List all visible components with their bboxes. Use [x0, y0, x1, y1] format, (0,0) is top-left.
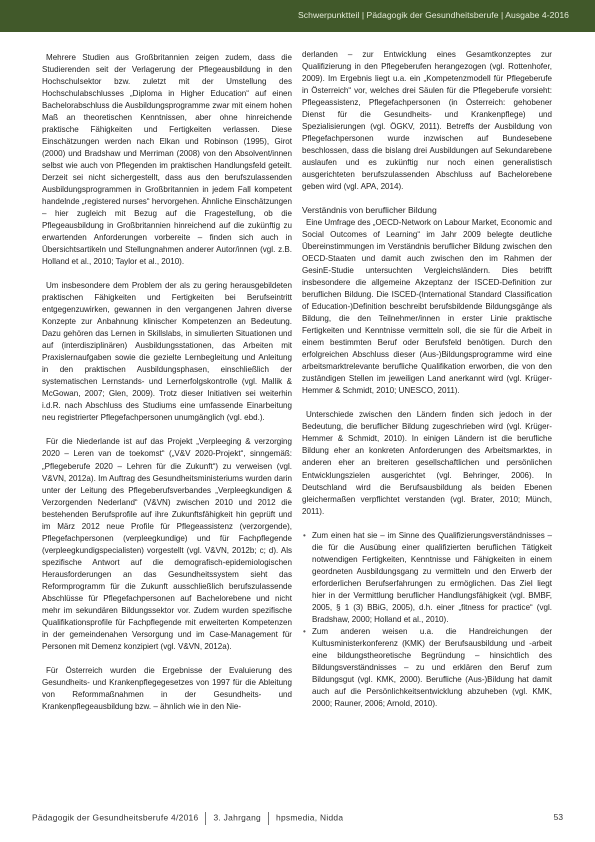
footer: Pädagogik der Gesundheitsberufe 4/20163.… [32, 812, 562, 825]
divider [268, 812, 269, 825]
paragraph: Eine Umfrage des „OECD-Network on Labour… [302, 217, 552, 397]
paragraph: Um insbesondere dem Problem der als zu g… [42, 280, 292, 424]
paragraph-continuation: derlanden – zur Entwicklung eines Gesamt… [302, 49, 552, 193]
footer-volume: 3. Jahrgang [213, 813, 261, 823]
bullet-item: Zum einen hat sie – im Sinne des Qualifi… [302, 530, 552, 626]
bullet-item: Zum anderen weisen u.a. die Handreichung… [302, 626, 552, 710]
running-title: Schwerpunktteil | Pädagogik der Gesundhe… [298, 10, 569, 20]
paragraph: Unterschiede zwischen den Ländern finden… [302, 409, 552, 517]
left-column: Mehrere Studien aus Großbritannien zeige… [42, 52, 292, 713]
right-column: derlanden – zur Entwicklung eines Gesamt… [302, 49, 552, 710]
bullet-list: Zum einen hat sie – im Sinne des Qualifi… [302, 530, 552, 710]
paragraph: Mehrere Studien aus Großbritannien zeige… [42, 52, 292, 268]
footer-publisher: hpsmedia, Nidda [276, 813, 343, 823]
page-number: 53 [554, 812, 563, 822]
paragraph: Für Österreich wurden die Ergebnisse der… [42, 665, 292, 713]
paragraph: Für die Niederlande ist auf das Projekt … [42, 436, 292, 652]
divider [205, 812, 206, 825]
header-bar: Schwerpunktteil | Pädagogik der Gesundhe… [0, 0, 595, 32]
section-heading: Verständnis von beruflicher Bildung [302, 204, 552, 216]
footer-journal: Pädagogik der Gesundheitsberufe 4/2016 [32, 813, 198, 823]
